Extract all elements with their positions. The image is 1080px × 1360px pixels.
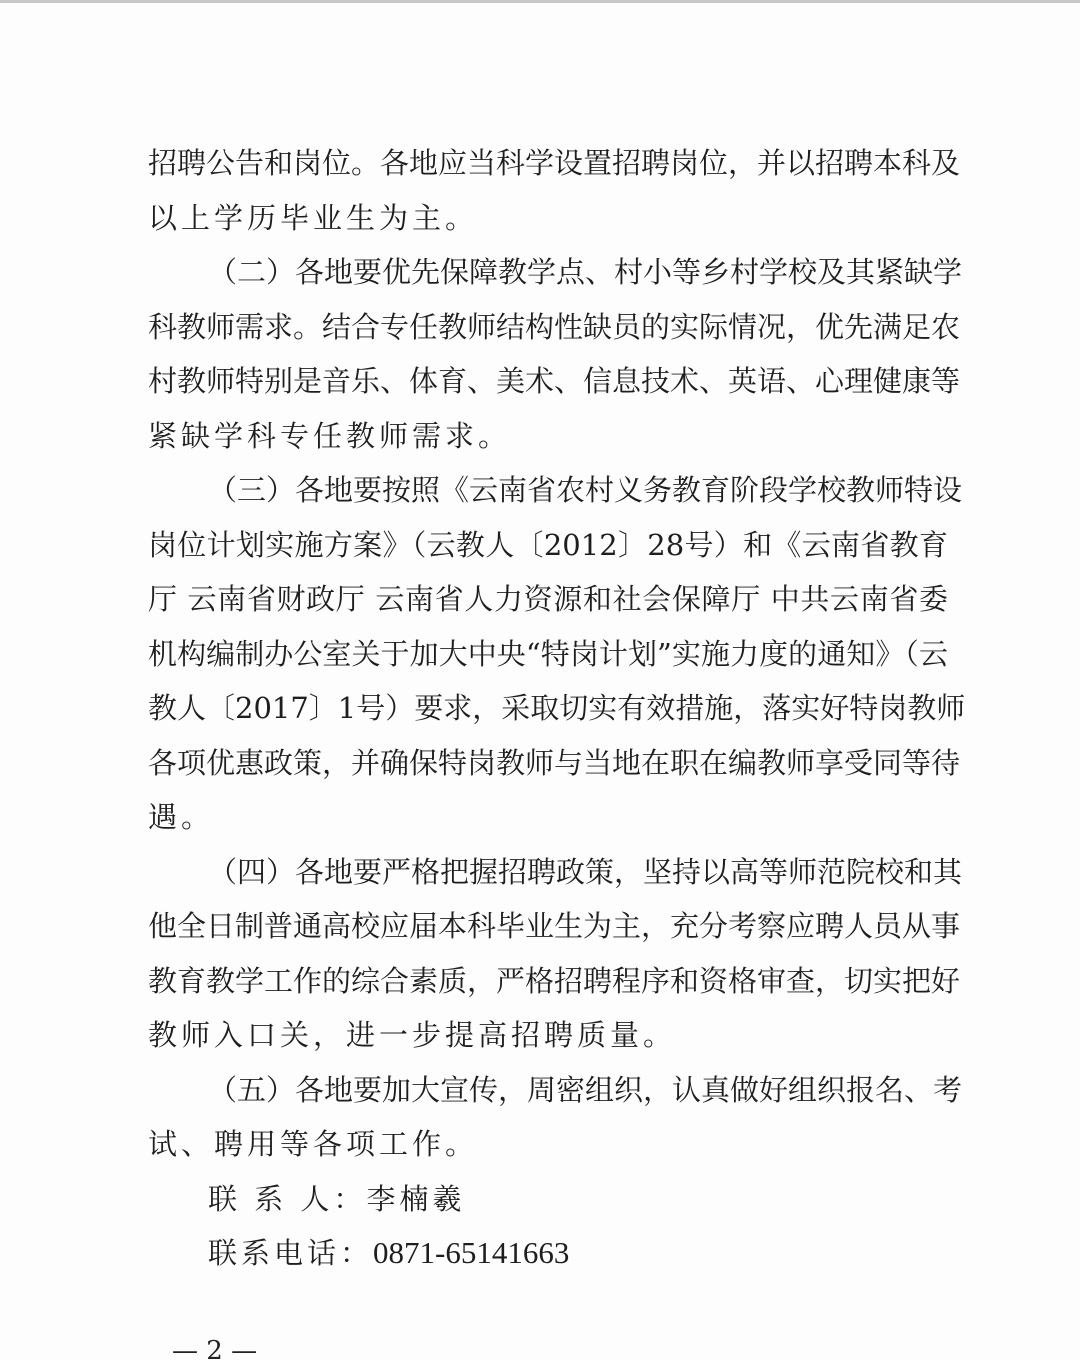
text-line: （四）各地要严格把握招聘政策，坚持以高等师范院校和其 <box>148 845 948 900</box>
text-line: 机构编制办公室关于加大中央“特岗计划”实施力度的通知》（云 <box>148 627 948 682</box>
text-line: 教人〔2017〕1号）要求，采取切实有效措施，落实好特岗教师 <box>148 681 948 736</box>
text-line: 厅 云南省财政厅 云南省人力资源和社会保障厅 中共云南省委 <box>148 572 948 627</box>
scan-top-edge <box>0 0 1080 3</box>
text-line: 村教师特别是音乐、体育、美术、信息技术、英语、心理健康等 <box>148 354 948 409</box>
text-line: 他全日制普通高校应届本科毕业生为主，充分考察应聘人员从事 <box>148 899 948 954</box>
paragraph-item-2: （二）各地要优先保障教学点、村小等乡村学校及其紧缺学 科教师需求。结合专任教师结… <box>148 245 948 463</box>
text-line: 岗位计划实施方案》（云教人〔2012〕28号）和《云南省教育 <box>148 518 948 573</box>
contact-person-label: 联 系 人： <box>208 1182 366 1216</box>
document-body: 招聘公告和岗位。各地应当科学设置招聘岗位，并以招聘本科及 以上学历毕业生为主。 … <box>148 136 948 1281</box>
paragraph-item-3: （三）各地要按照《云南省农村义务教育阶段学校教师特设 岗位计划实施方案》（云教人… <box>148 463 948 845</box>
paragraph-item-5: （五）各地要加大宣传，周密组织，认真做好组织报名、考 试、聘用等各项工作。 <box>148 1063 948 1172</box>
text-line: 教师入口关，进一步提高招聘质量。 <box>148 1008 948 1063</box>
text-line: （二）各地要优先保障教学点、村小等乡村学校及其紧缺学 <box>148 245 948 300</box>
text-line: 招聘公告和岗位。各地应当科学设置招聘岗位，并以招聘本科及 <box>148 136 948 191</box>
contact-phone: 联系电话：0871-65141663 <box>148 1226 948 1281</box>
text-line: 教育教学工作的综合素质，严格招聘程序和资格审查，切实把好 <box>148 954 948 1009</box>
text-line: 科教师需求。结合专任教师结构性缺员的实际情况，优先满足农 <box>148 300 948 355</box>
page-number: — 2 — <box>172 1336 257 1360</box>
contact-person: 联 系 人：李楠羲 <box>148 1172 948 1227</box>
text-line: 紧缺学科专任教师需求。 <box>148 409 948 464</box>
text-line: 遇。 <box>148 790 948 845</box>
contact-person-name: 李楠羲 <box>366 1182 465 1216</box>
text-line: （五）各地要加大宣传，周密组织，认真做好组织报名、考 <box>148 1063 948 1118</box>
text-line: （三）各地要按照《云南省农村义务教育阶段学校教师特设 <box>148 463 948 518</box>
paragraph-item-4: （四）各地要严格把握招聘政策，坚持以高等师范院校和其 他全日制普通高校应届本科毕… <box>148 845 948 1063</box>
text-line: 各项优惠政策，并确保特岗教师与当地在职在编教师享受同等待 <box>148 736 948 791</box>
text-line: 试、聘用等各项工作。 <box>148 1117 948 1172</box>
contact-phone-number: 0871-65141663 <box>373 1235 569 1270</box>
paragraph-continued: 招聘公告和岗位。各地应当科学设置招聘岗位，并以招聘本科及 以上学历毕业生为主。 <box>148 136 948 245</box>
contact-phone-label: 联系电话： <box>208 1236 373 1270</box>
text-line: 以上学历毕业生为主。 <box>148 191 948 246</box>
